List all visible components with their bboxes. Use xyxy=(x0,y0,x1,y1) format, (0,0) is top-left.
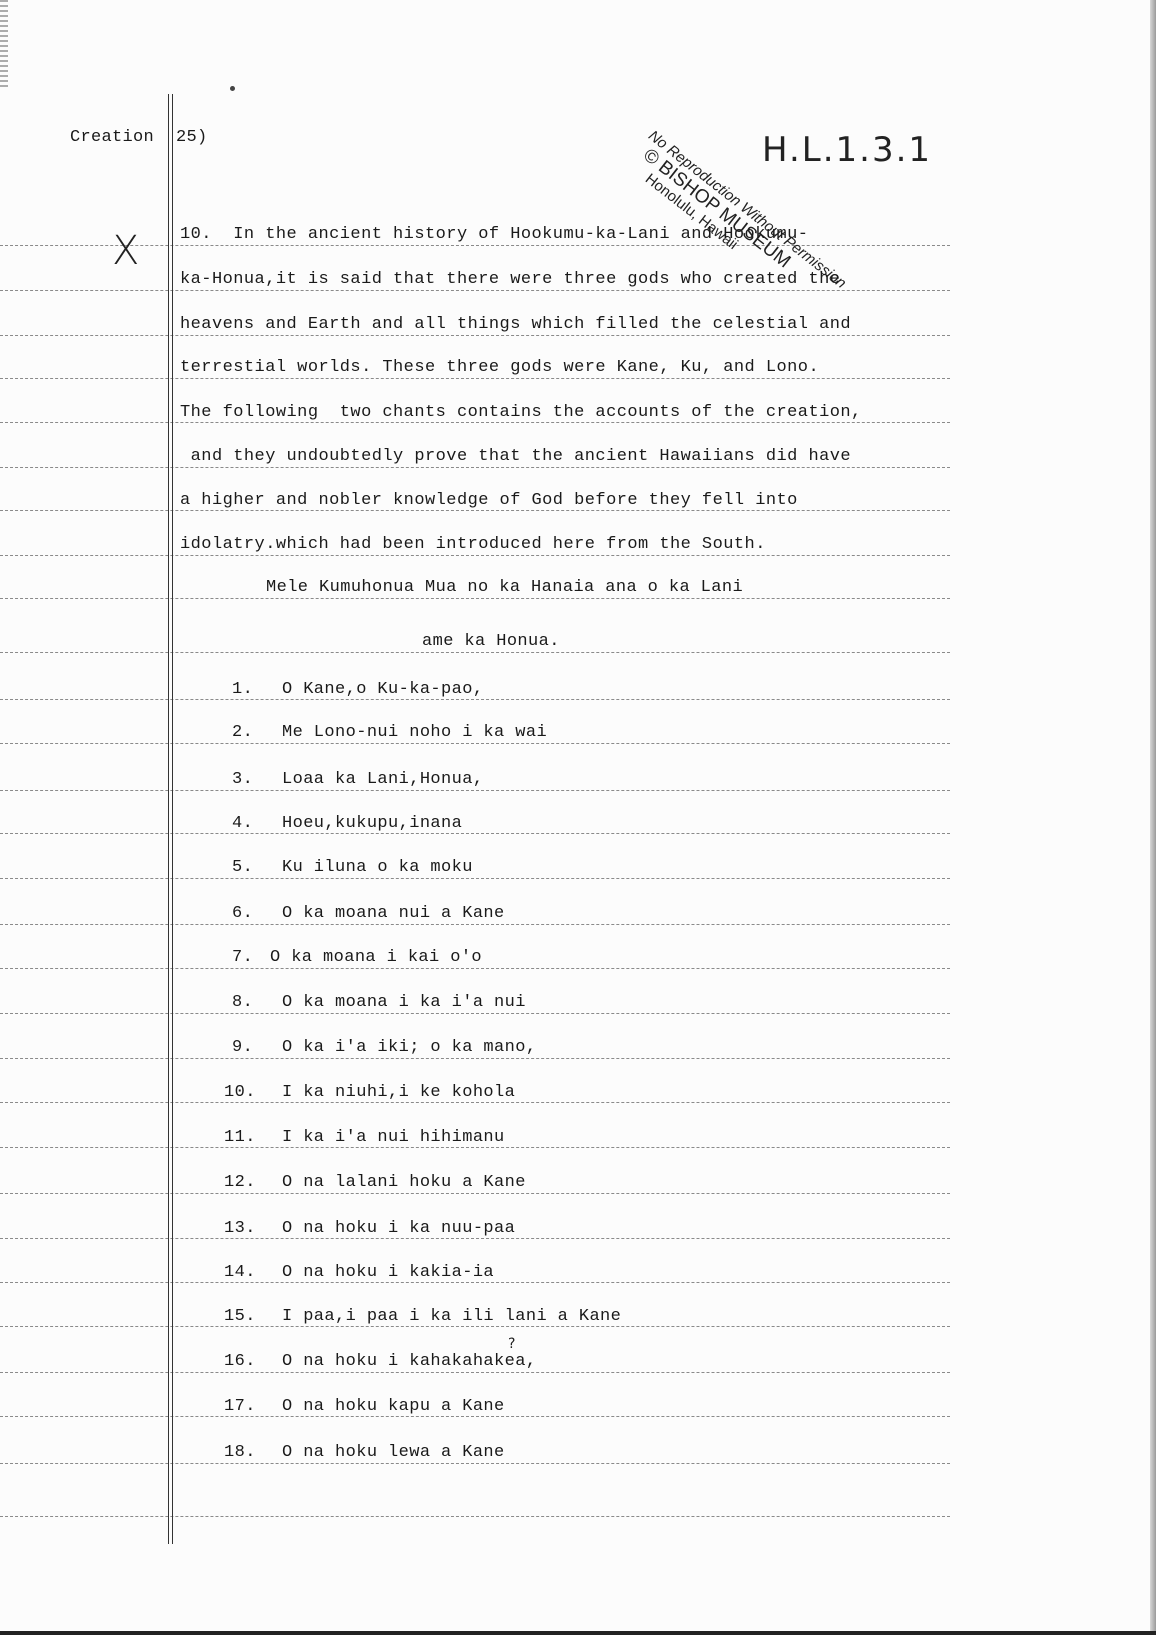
ruled-line xyxy=(0,924,950,925)
ruled-line xyxy=(0,878,950,879)
ruled-line xyxy=(0,1058,950,1059)
chant-line: 4.Hoeu,kukupu,inana xyxy=(232,814,462,833)
paragraph-line: heavens and Earth and all things which f… xyxy=(180,315,851,334)
ruled-line xyxy=(0,335,950,336)
section-label: Creation xyxy=(70,128,154,147)
chant-title-line-1: Mele Kumuhonua Mua no ka Hanaia ana o ka… xyxy=(266,578,743,597)
ruled-line xyxy=(0,1326,950,1327)
chant-line: 9.O ka i'a iki; o ka mano, xyxy=(232,1038,536,1057)
chant-line: 3.Loaa ka Lani,Honua, xyxy=(232,770,483,789)
chant-line: 13.O na hoku i ka nuu-paa xyxy=(224,1219,515,1238)
page-number: 25) xyxy=(176,128,208,147)
chant-line: 8.O ka moana i ka i'a nui xyxy=(232,993,526,1012)
chant-line: 14.O na hoku i kakia-ia xyxy=(224,1263,494,1282)
ruled-line xyxy=(0,1416,950,1417)
paragraph-line: idolatry.which had been introduced here … xyxy=(180,535,766,554)
scan-right-edge xyxy=(1150,0,1156,1635)
chant-line: 15.I paa,i paa i ka ili lani a Kane xyxy=(224,1307,621,1326)
catalog-number: H.L.1.3.1 xyxy=(762,130,932,170)
ruled-line xyxy=(0,467,950,468)
ruled-line xyxy=(0,378,950,379)
ruled-line xyxy=(0,790,950,791)
chant-line: 12.O na lalani hoku a Kane xyxy=(224,1173,526,1192)
ruled-line xyxy=(0,598,950,599)
chant-line: 17.O na hoku kapu a Kane xyxy=(224,1397,505,1416)
ruled-line xyxy=(0,1516,950,1517)
paragraph-line: and they undoubtedly prove that the anci… xyxy=(180,447,851,466)
margin-x-mark: X xyxy=(112,228,139,274)
paragraph-line: terrestial worlds. These three gods were… xyxy=(180,358,819,377)
chant-line: 11.I ka i'a nui hihimanu xyxy=(224,1128,505,1147)
ruled-line xyxy=(0,1238,950,1239)
margin-line xyxy=(172,94,173,1544)
paragraph-line: a higher and nobler knowledge of God bef… xyxy=(180,491,798,510)
ruled-line xyxy=(0,743,950,744)
ruled-line xyxy=(0,699,950,700)
chant-line: 16.O na hoku i kahakahakea, xyxy=(224,1352,536,1371)
paragraph-line: The following two chants contains the ac… xyxy=(180,403,862,422)
paragraph-line: 10. In the ancient history of Hookumu-ka… xyxy=(180,225,808,244)
chant-line: 2.Me Lono-nui noho i ka wai xyxy=(232,723,547,742)
ruled-line xyxy=(0,652,950,653)
ruled-line xyxy=(0,510,950,511)
chant-line: 6.O ka moana nui a Kane xyxy=(232,904,505,923)
chant-line: 10.I ka niuhi,i ke kohola xyxy=(224,1083,515,1102)
ruled-line xyxy=(0,422,950,423)
document-page: Creation 25) H.L.1.3.1 X No Reproduction… xyxy=(0,0,1156,1635)
chant-line: 18.O na hoku lewa a Kane xyxy=(224,1443,505,1462)
ruled-line xyxy=(0,1102,950,1103)
paragraph-line: ka-Honua,it is said that there were thre… xyxy=(180,270,840,289)
chant-line: 7.O ka moana i kai o'o xyxy=(232,948,482,967)
ruled-line xyxy=(0,1282,950,1283)
ruled-line xyxy=(0,833,950,834)
margin-line xyxy=(168,94,169,1544)
chant-line: 1.O Kane,o Ku-ka-pao, xyxy=(232,680,483,699)
chant-title-line-2: ame ka Honua. xyxy=(422,632,560,651)
ruled-line xyxy=(0,1013,950,1014)
ink-spot xyxy=(230,86,235,91)
ruled-line xyxy=(0,968,950,969)
ruled-line xyxy=(0,555,950,556)
ruled-line xyxy=(0,1147,950,1148)
scan-edge-speckle xyxy=(0,0,8,90)
handwritten-question-mark: ? xyxy=(508,1336,515,1352)
scan-bottom-edge xyxy=(0,1631,1156,1635)
ruled-line xyxy=(0,1372,950,1373)
chant-line: 5.Ku iluna o ka moku xyxy=(232,858,473,877)
ruled-line xyxy=(0,1193,950,1194)
ruled-line xyxy=(0,1463,950,1464)
